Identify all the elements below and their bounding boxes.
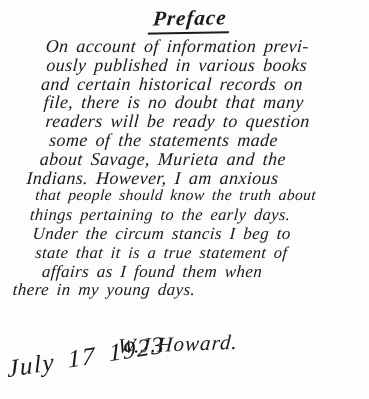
handwritten-line: that people should know the truth about [7, 187, 369, 206]
handwritten-line: some of the statements made [11, 131, 369, 150]
date: July 17 1923 [7, 332, 166, 384]
handwritten-line: state that it is a true statement of [3, 244, 369, 263]
page-title: Preface [147, 5, 231, 34]
handwritten-line: On account of information previ- [17, 37, 369, 56]
handwritten-line: file, there is no doubt that many [13, 93, 369, 112]
body-lines: On account of information previ-ously pu… [0, 37, 369, 300]
handwritten-line: about Savage, Murieta and the [9, 150, 369, 169]
handwritten-line: things pertaining to the early days. [5, 206, 369, 225]
handwritten-line: and certain historical records on [14, 75, 369, 94]
handwritten-preface-page: Preface On account of information previ-… [0, 0, 369, 399]
title-row: Preface [0, 6, 369, 34]
handwritten-line: readers will be ready to question [12, 112, 369, 131]
handwritten-line: there in my young days. [0, 281, 369, 300]
handwritten-line: Under the circum stancis I beg to [4, 225, 369, 244]
handwritten-line: Indians. However, I am anxious [8, 169, 369, 188]
handwritten-line: ously published in various books [16, 56, 369, 75]
handwritten-line: affairs as I found them when [1, 263, 369, 282]
